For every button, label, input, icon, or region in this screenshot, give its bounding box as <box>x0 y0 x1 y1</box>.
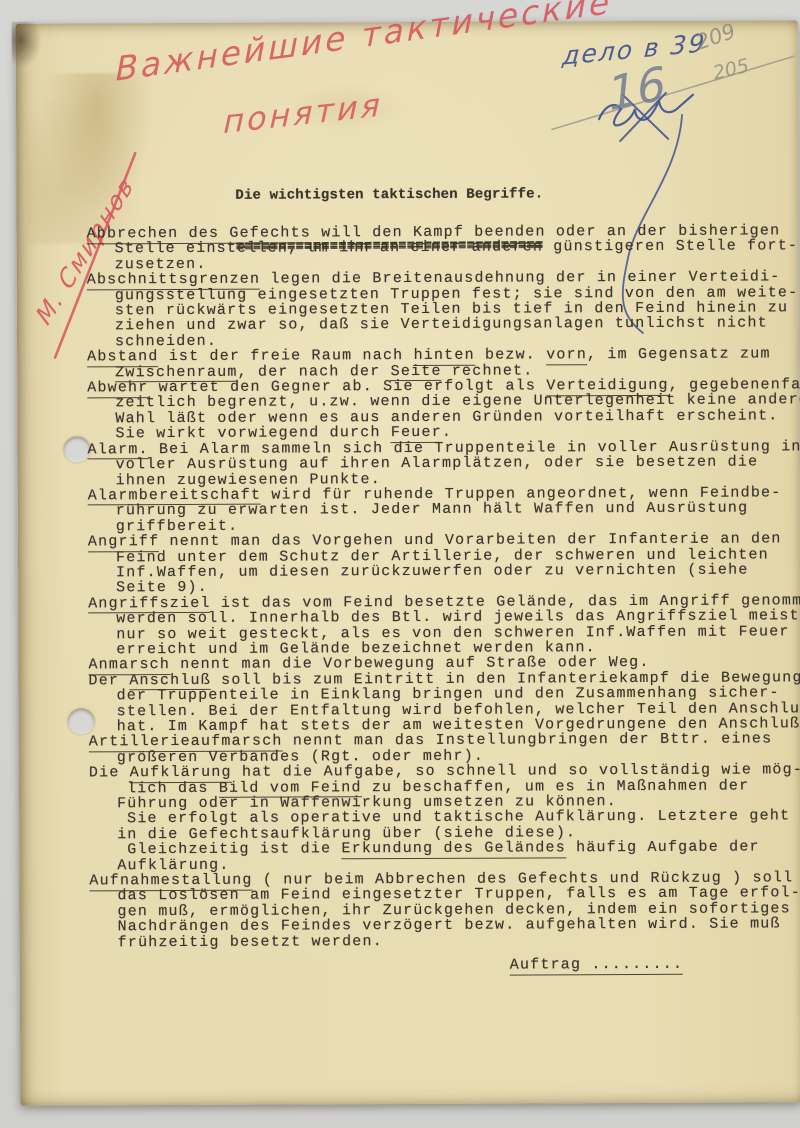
text-segment: , im Gegensatz zum <box>587 346 771 364</box>
paragraph: Abschnittsgrenzen legen die Breitenausde… <box>87 270 799 350</box>
paragraph: Abwehr wartet den Gegner ab. Sie erfolgt… <box>87 377 799 442</box>
paragraph: Aufnahmestallung ( nur beim Abbrechen de… <box>89 870 800 950</box>
text-segment: Die <box>89 764 130 781</box>
underlined-term: vorn <box>546 346 587 365</box>
page-title: Die wichtigsten taktischen Begriffe. <box>235 186 543 204</box>
paragraph: Angriff nennt man das Vorgehen und Vorar… <box>88 531 800 596</box>
text-segment: häufig Aufgabe der <box>566 839 760 857</box>
body-line: Gleichzeitig ist die Erkundung des Gelän… <box>89 840 800 859</box>
paragraph: Abbrechen des Gefechts will den Kampf be… <box>87 223 799 272</box>
blue-number: 16 <box>606 56 668 121</box>
text-segment: Inf.Waffen, um diesen zurückzuwerfen ode… <box>116 561 749 581</box>
body-line: ziehen und zwar so, daß sie Verteidigung… <box>87 316 799 335</box>
text-segment: frühzeitig besetzt werden. <box>118 933 383 951</box>
paragraph: Alarmbereitschaft wird für ruhende Trupp… <box>88 485 800 534</box>
paragraph: Der Anschluß soll bis zum Eintritt in de… <box>88 670 800 735</box>
scanned-document-page: { "colors":{ "paper":"#e8dcb2", "scanner… <box>0 0 800 1128</box>
body-line: Auftrag ......... <box>90 956 800 975</box>
paragraph: Artillerieaufmarsch nennt man das Instel… <box>89 732 800 766</box>
body-line: rührung zu erwarten ist. Jeder Mann hält… <box>88 501 800 520</box>
red-annotation-line2: понятия <box>223 85 384 141</box>
red-annotation-line1: Важнейшие тактические <box>116 0 613 89</box>
paragraph: Alarm. Bei Alarm sammeln sich die Truppe… <box>87 439 799 488</box>
paragraph: Angriffsziel ist das vom Feind besetzte … <box>88 593 800 658</box>
body-line: voller Ausrüstung auf ihren Alarmplätzen… <box>88 454 800 473</box>
pencil-page-number: 209 <box>693 19 739 55</box>
paragraph: Abstand ist der freie Raum nach hinten b… <box>87 347 799 381</box>
text-segment: Stelle einstellen, um ihn an einer ander… <box>115 238 799 258</box>
paragraph: Auftrag ......... <box>90 956 800 975</box>
paper-sheet: Важнейшие тактические понятия М. Смирнов… <box>16 20 800 1105</box>
underlined-term: Auftrag ......... <box>510 956 684 975</box>
body-line: Nachdrängen des Feindes verzögert bezw. … <box>90 917 800 936</box>
body-line: frühzeitig besetzt werden. <box>90 932 800 951</box>
body-line: Inf.Waffen, um diesen zurückzuwerfen ode… <box>88 562 800 581</box>
pencil-page-number-struck: 205 <box>711 55 751 85</box>
body-line: Stelle einstellen, um ihn an einer ander… <box>87 239 799 258</box>
underlined-term: Erkundung des Geländes <box>341 840 566 859</box>
paragraph: Die Aufklärung hat die Aufgabe, so schne… <box>89 763 800 874</box>
corner-stain <box>12 22 42 68</box>
document-body: Abbrechen des Gefechts will den Kampf be… <box>87 223 800 975</box>
